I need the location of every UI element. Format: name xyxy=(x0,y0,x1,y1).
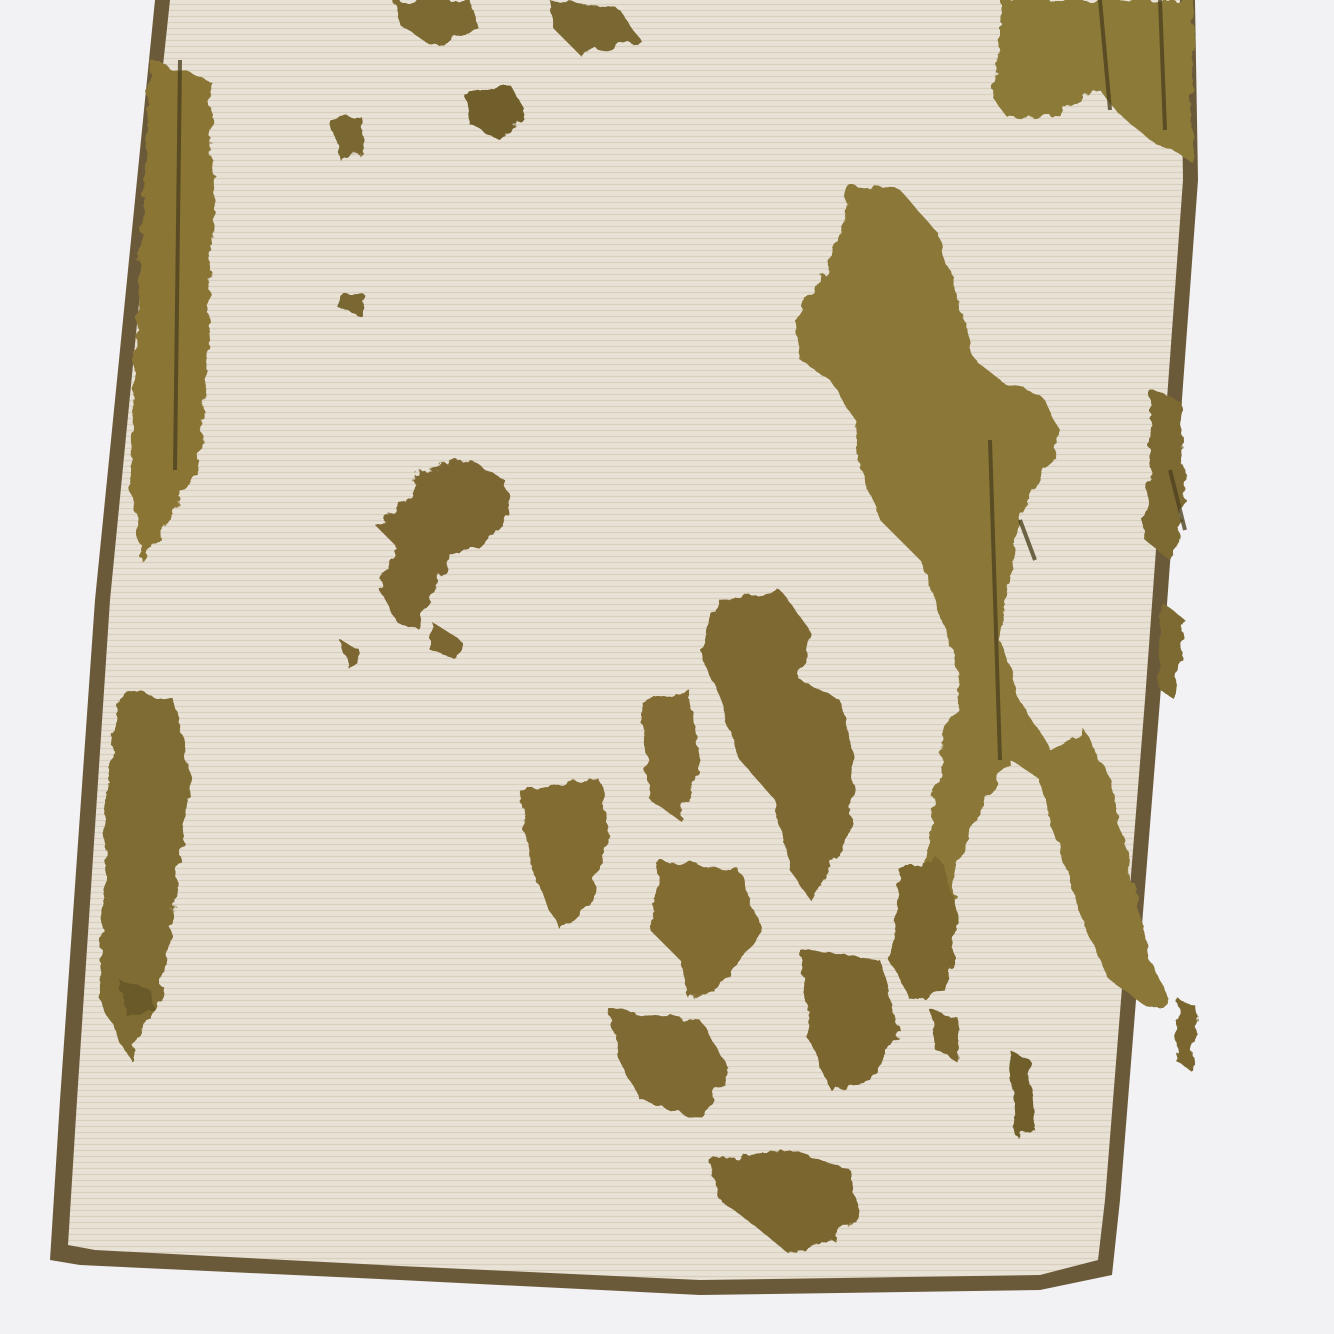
rug-illustration xyxy=(0,0,1334,1334)
photo-scene: Overhead photo of a worn cream rug with … xyxy=(0,0,1334,1334)
